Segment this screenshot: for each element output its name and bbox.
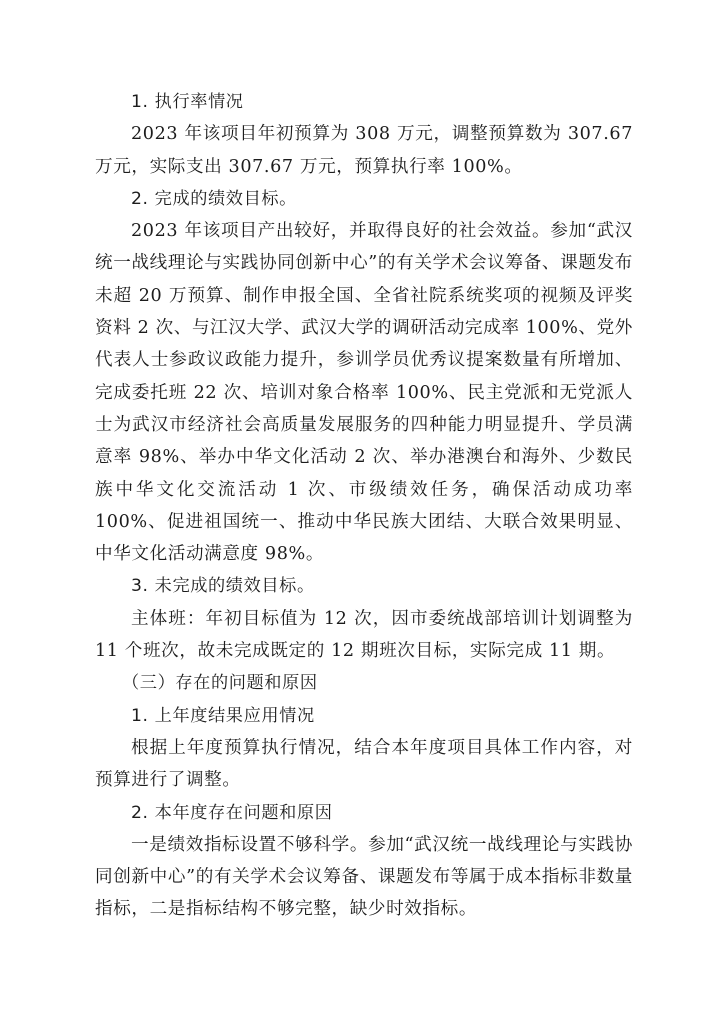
paragraph-current-year-problems: 一是绩效指标设置不够科学。参加“武汉统一战线理论与实践协同创新中心”的有关学术会… bbox=[95, 829, 633, 926]
paragraph-uncompleted-goals: 主体班：年初目标值为 12 次，因市委统战部培训计划调整为 11 个班次，故未完… bbox=[95, 603, 633, 668]
heading-uncompleted-goals: 3. 未完成的绩效目标。 bbox=[95, 570, 633, 602]
heading-completed-goals: 2. 完成的绩效目标。 bbox=[95, 183, 633, 215]
document-page: 1. 执行率情况 2023 年该项目年初预算为 308 万元，调整预算数为 30… bbox=[95, 86, 633, 926]
heading-current-year-problems: 2. 本年度存在问题和原因 bbox=[95, 797, 633, 829]
paragraph-previous-year-results: 根据上年度预算执行情况，结合本年度项目具体工作内容，对预算进行了调整。 bbox=[95, 732, 633, 797]
paragraph-completed-goals: 2023 年该项目产出较好，并取得良好的社会效益。参加“武汉统一战线理论与实践协… bbox=[95, 215, 633, 570]
paragraph-execution-rate: 2023 年该项目年初预算为 308 万元，调整预算数为 307.67 万元，实… bbox=[95, 118, 633, 183]
heading-previous-year-results: 1. 上年度结果应用情况 bbox=[95, 700, 633, 732]
section-title-problems: （三）存在的问题和原因 bbox=[95, 667, 633, 699]
heading-execution-rate: 1. 执行率情况 bbox=[95, 86, 633, 118]
